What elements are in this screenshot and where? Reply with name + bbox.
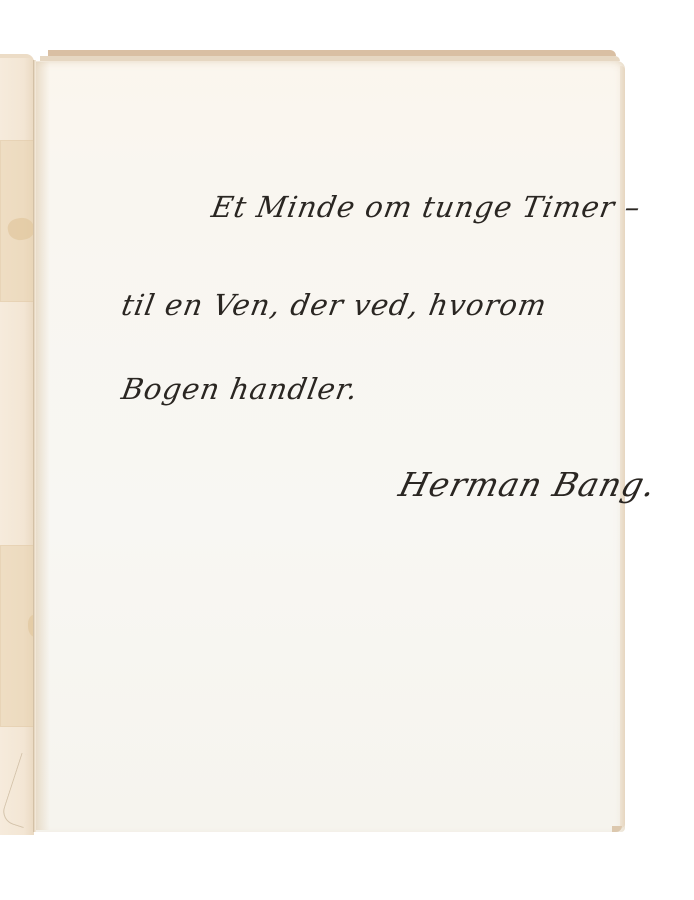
inscription-line-3: Bogen handler. xyxy=(119,372,361,406)
gutter-shadow xyxy=(36,62,50,830)
book-photograph: Et Minde om tunge Timer – til en Ven, de… xyxy=(0,0,694,900)
right-page xyxy=(36,61,625,832)
signature: Herman Bang. xyxy=(395,465,660,504)
inscription-line-1: Et Minde om tunge Timer – xyxy=(209,190,644,224)
right-page-edge xyxy=(620,66,625,828)
inscription-line-2: til en Ven, der ved, hvorom xyxy=(119,288,550,322)
